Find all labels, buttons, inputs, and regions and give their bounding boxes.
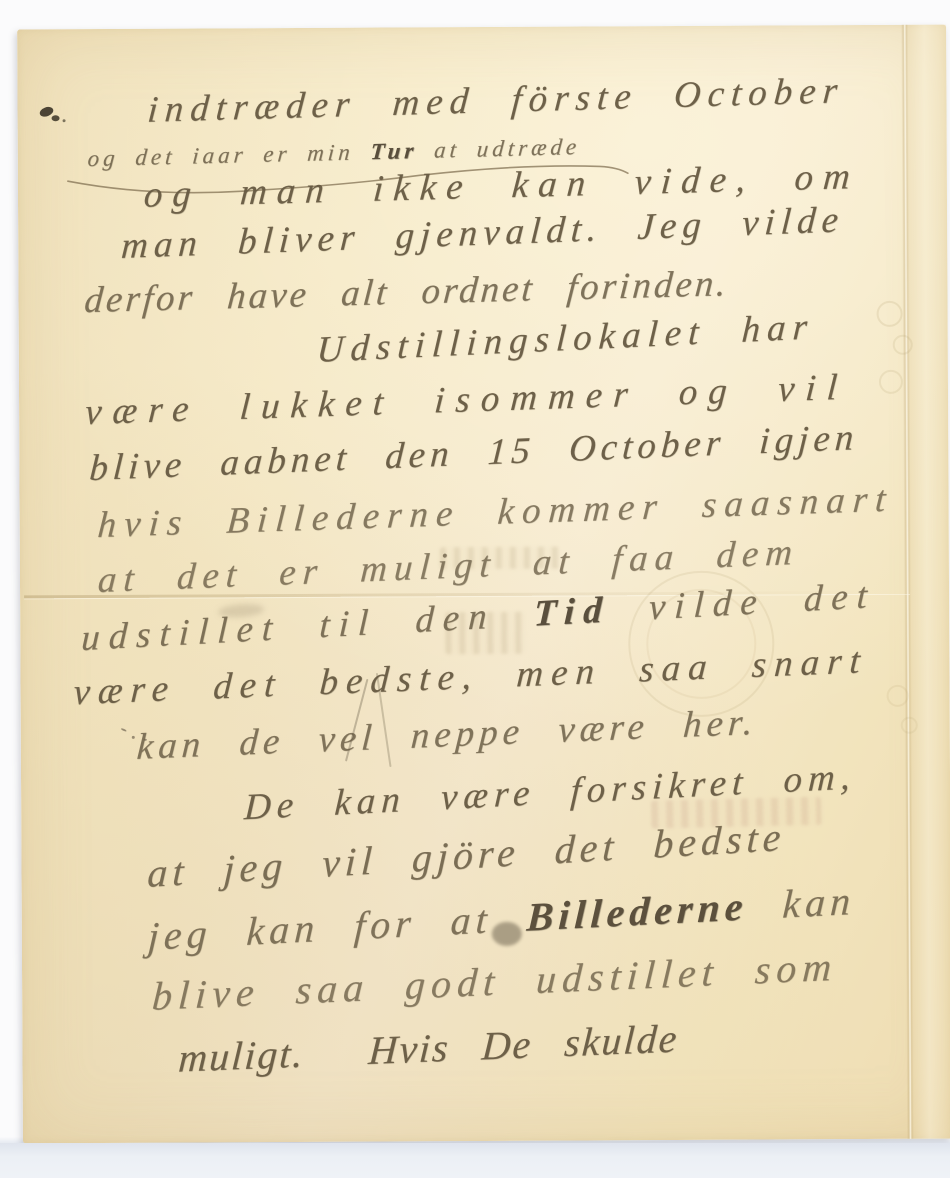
embossed-circle-mark [877, 301, 903, 327]
ink-blot [63, 119, 66, 122]
line-16-overwritten-word: Billederne [526, 883, 749, 939]
handwriting-line-18: muligt. Hvis De skulde [177, 1016, 680, 1080]
letter-paper: indtræder med förste October og det iaar… [17, 25, 950, 1144]
scanner-bed-strip [0, 1143, 950, 1178]
vertical-fold-crease [901, 25, 914, 1139]
stray-ink-dot [121, 728, 127, 732]
handwriting-line-6: Udstillingslokalet har [316, 307, 816, 371]
embossed-circle-mark [887, 685, 909, 707]
handwriting-line-5: derfor have alt ordnet forinden. [83, 264, 730, 322]
handwriting-line-17: blive saa godt udstillet som [151, 945, 839, 1019]
embossed-circle-mark [879, 370, 903, 394]
handwriting-line-13: kan de vel neppe være her. [136, 703, 759, 769]
embossed-circle-mark [893, 335, 913, 355]
embossed-circle-mark [901, 717, 918, 734]
line-16-post: kan [746, 878, 856, 929]
line-11-post: vilde det [610, 575, 877, 631]
line-16-pre: jeg kan for at [147, 894, 528, 958]
ink-blot [52, 115, 60, 121]
handwriting-line-1: indtræder med förste October [146, 71, 846, 131]
letter-scan: indtræder med förste October og det iaar… [0, 0, 950, 1178]
line-11-overwritten-word: Tid [533, 589, 612, 634]
stray-ink-dot [132, 736, 135, 739]
